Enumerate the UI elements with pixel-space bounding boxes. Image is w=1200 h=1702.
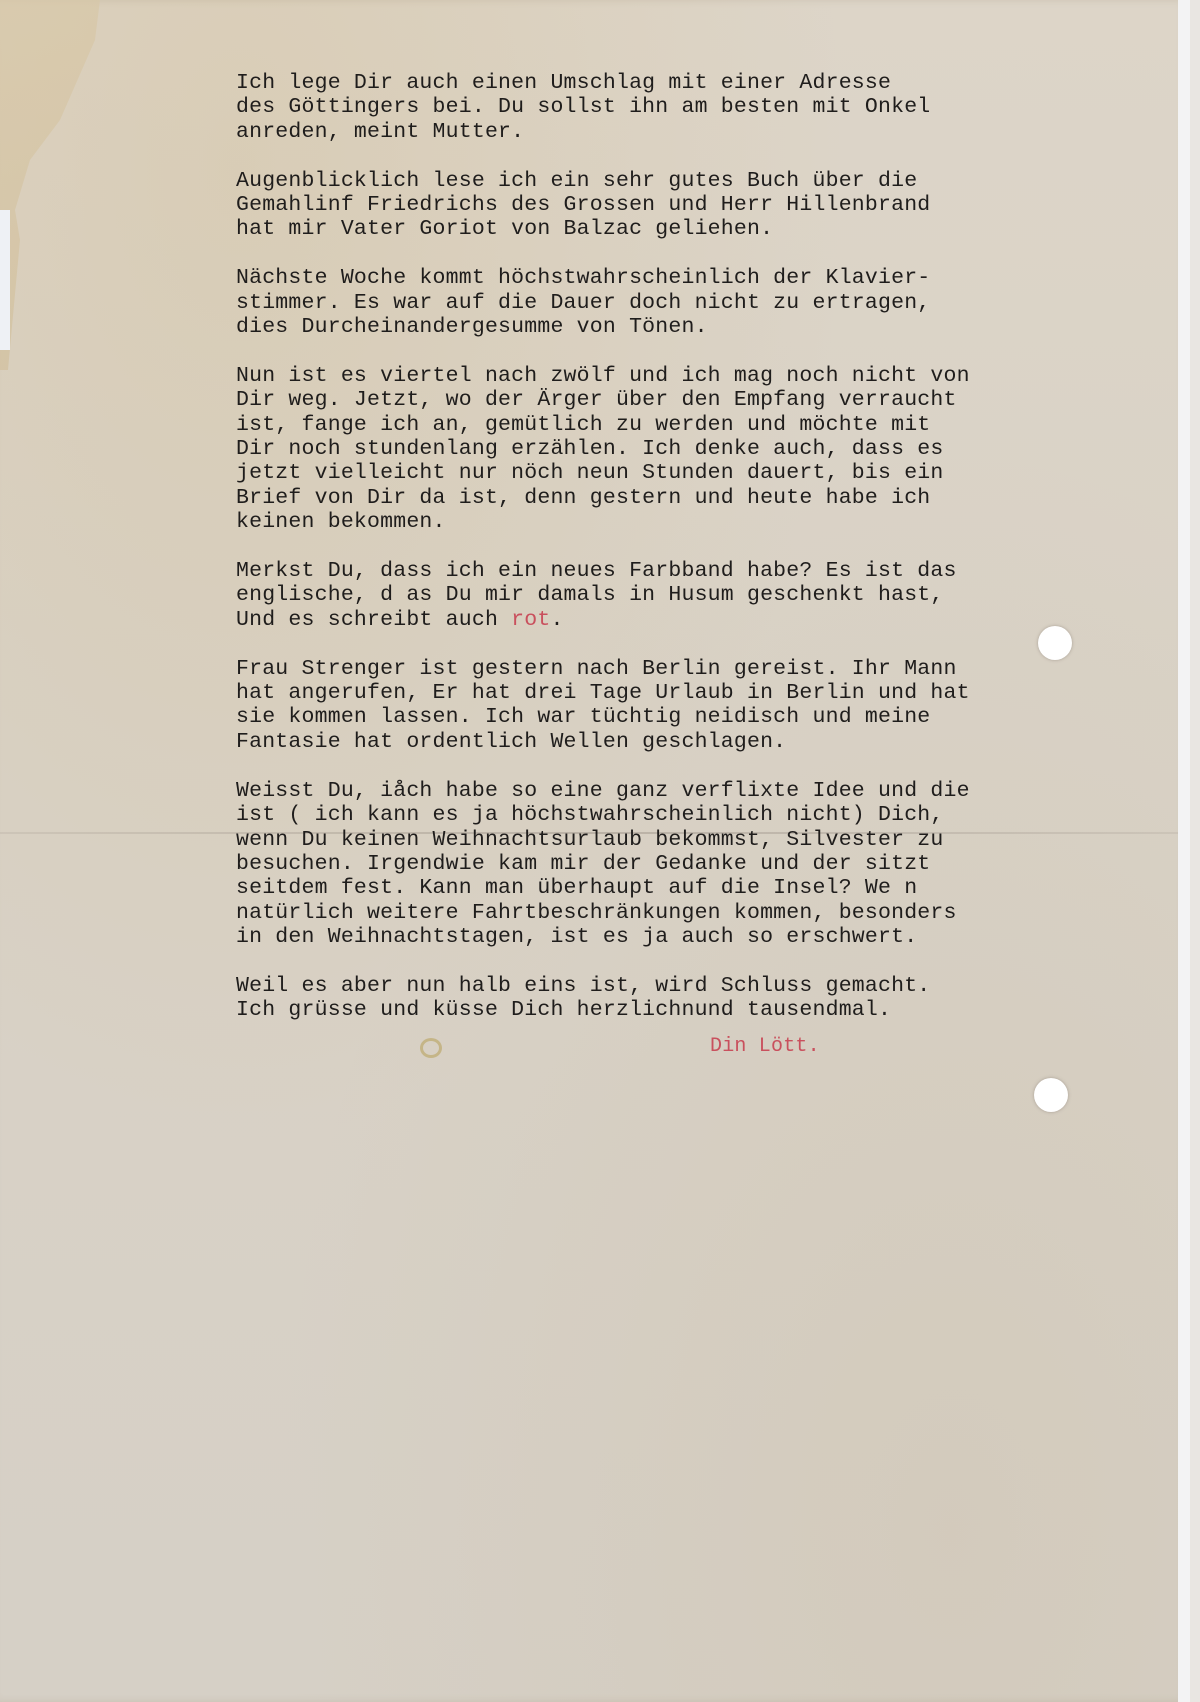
text-line: Brief von Dir da ist, denn gestern und h… [236, 486, 1096, 510]
paragraph-late-night: Nun ist es viertel nach zwölf und ich ma… [236, 364, 1096, 535]
text-line: anreden, meint Mutter. [236, 120, 1096, 144]
text-line: besuchen. Irgendwie kam mir der Gedanke … [236, 852, 1096, 876]
text-line: ist, fange ich an, gemütlich zu werden u… [236, 413, 1096, 437]
paragraph-envelope: Ich lege Dir auch einen Umschlag mit ein… [236, 71, 1096, 144]
text-line: hat angerufen, Er hat drei Tage Urlaub i… [236, 681, 1096, 705]
text-line: Und es schreibt auch rot. [236, 608, 1096, 632]
text-line: des Göttingers bei. Du sollst ihn am bes… [236, 95, 1096, 119]
text-line: Ich lege Dir auch einen Umschlag mit ein… [236, 71, 1096, 95]
text-line: Weisst Du, iåch habe so eine ganz verfli… [236, 779, 1096, 803]
text-line: Dir noch stundenlang erzählen. Ich denke… [236, 437, 1096, 461]
text-line: Fantasie hat ordentlich Wellen geschlage… [236, 730, 1096, 754]
text-line: Dir weg. Jetzt, wo der Ärger über den Em… [236, 388, 1096, 412]
text-line: sie kommen lassen. Ich war tüchtig neidi… [236, 705, 1096, 729]
scan-background-edge [1178, 0, 1190, 1702]
paper-sheet: Ich lege Dir auch einen Umschlag mit ein… [0, 0, 1190, 1702]
signature-row: Din Lött. [236, 1035, 1096, 1061]
text-line: in den Weihnachtstagen, ist es ja auch s… [236, 925, 1096, 949]
text-line: hat mir Vater Goriot von Balzac geliehen… [236, 217, 1096, 241]
paragraph-book: Augenblicklich lese ich ein sehr gutes B… [236, 169, 1096, 242]
text-line: Merkst Du, dass ich ein neues Farbband h… [236, 559, 1096, 583]
ink-stain-mark [420, 1038, 442, 1058]
text-line: keinen bekommen. [236, 510, 1096, 534]
text-line: wenn Du keinen Weihnachtsurlaub bekommst… [236, 828, 1096, 852]
text-line: Gemahlinf Friedrichs des Grossen und Her… [236, 193, 1096, 217]
text-line: ist ( ich kann es ja höchstwahrscheinlic… [236, 803, 1096, 827]
text-line: Augenblicklich lese ich ein sehr gutes B… [236, 169, 1096, 193]
red-ink-word: rot [511, 608, 550, 632]
text-segment: . [550, 608, 563, 632]
text-line: dies Durcheinandergesumme von Tönen. [236, 315, 1096, 339]
paragraph-closing: Weil es aber nun halb eins ist, wird Sch… [236, 974, 1096, 1023]
text-line: natürlich weitere Fahrtbeschränkungen ko… [236, 901, 1096, 925]
signature: Din Lött. [710, 1035, 820, 1059]
paragraph-piano-tuner: Nächste Woche kommt höchstwahrscheinlich… [236, 266, 1096, 339]
paragraph-idea: Weisst Du, iåch habe so eine ganz verfli… [236, 779, 1096, 950]
torn-corner [0, 0, 110, 380]
letter-body: Ich lege Dir auch einen Umschlag mit ein… [236, 71, 1096, 1061]
text-segment: Und es schreibt auch [236, 608, 511, 632]
punch-hole-lower [1034, 1078, 1068, 1112]
text-line: Frau Strenger ist gestern nach Berlin ge… [236, 657, 1096, 681]
text-line: Nun ist es viertel nach zwölf und ich ma… [236, 364, 1096, 388]
paragraph-frau-strenger: Frau Strenger ist gestern nach Berlin ge… [236, 657, 1096, 755]
text-line: englische, d as Du mir damals in Husum g… [236, 583, 1096, 607]
text-line: Weil es aber nun halb eins ist, wird Sch… [236, 974, 1096, 998]
torn-edge-gap [0, 210, 10, 350]
text-line: seitdem fest. Kann man überhaupt auf die… [236, 876, 1096, 900]
text-line: Ich grüsse und küsse Dich herzlichnund t… [236, 998, 1096, 1022]
paragraph-ribbon: Merkst Du, dass ich ein neues Farbband h… [236, 559, 1096, 632]
text-line: Nächste Woche kommt höchstwahrscheinlich… [236, 266, 1096, 290]
text-line: jetzt vielleicht nur nöch neun Stunden d… [236, 461, 1096, 485]
text-line: stimmer. Es war auf die Dauer doch nicht… [236, 291, 1096, 315]
